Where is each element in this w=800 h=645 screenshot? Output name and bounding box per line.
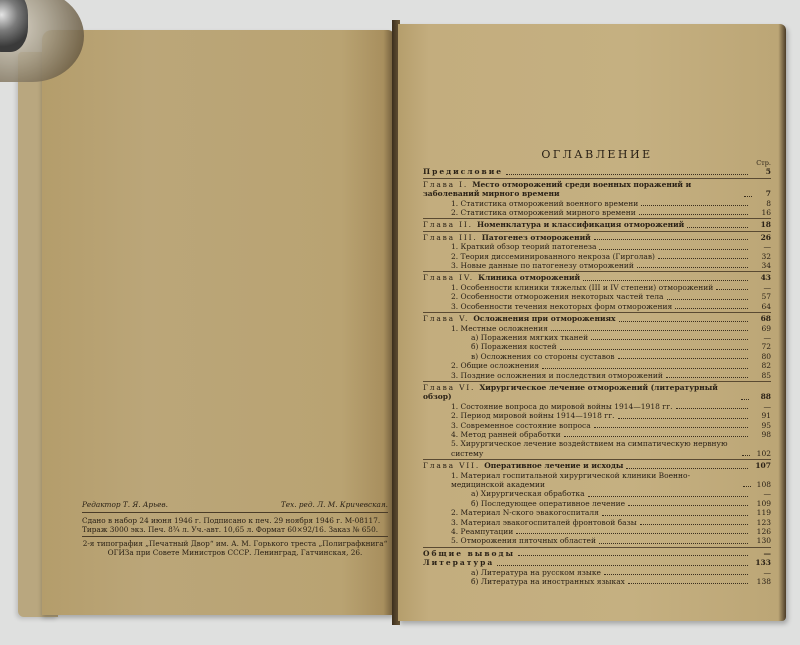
toc-entry-title: 2. Теория диссеминированного некроза (Ги… [451, 252, 655, 261]
toc-entry-label: 2. [451, 292, 461, 301]
toc-entry-page: 80 [751, 352, 771, 361]
leader-dots [741, 399, 749, 400]
toc-entry-page: 69 [751, 324, 771, 333]
editor: Редактор Т. Я. Арьев. [82, 500, 168, 509]
press-details: 2-я типография „Печатный Двор“ им. А. М.… [82, 537, 388, 557]
toc-entry-title: Глава II. Номенклатура и классификация о… [423, 220, 684, 229]
leader-dots [639, 214, 748, 215]
toc-entry: 2. Общие осложнения82 [423, 361, 771, 370]
toc-entry-label: 3. [451, 371, 461, 380]
leader-dots [626, 468, 748, 469]
toc-entry: Глава V. Осложнения при отморожениях68 [423, 312, 771, 323]
toc-entry: б) Последующее оперативное лечение109 [423, 499, 771, 508]
toc-entry-title: 1. Особенности клиники тяжелых (III и IV… [451, 283, 713, 292]
leader-dots [619, 321, 748, 322]
leader-dots [599, 543, 748, 544]
toc-entry-label: 1. [451, 471, 461, 480]
toc-entry-page: 57 [751, 292, 771, 301]
toc-entry-label: 3. [451, 261, 461, 270]
toc-entry-label: б) [471, 342, 481, 351]
toc-entry-page: 119 [751, 508, 771, 517]
toc-entry: в) Осложнения со стороны суставов80 [423, 352, 771, 361]
toc-entry: Общие выводы— [423, 547, 771, 558]
toc-entry-label: а) [471, 333, 481, 342]
toc-title: ОГЛАВЛЕНИЕ [423, 150, 771, 159]
toc-entry-title: Литература [423, 558, 494, 567]
toc-entry-page: 18 [751, 220, 771, 229]
toc-entry-page: 85 [751, 371, 771, 380]
toc-entry: 5. Отморожения пяточных областей130 [423, 536, 771, 545]
toc-entry-label: 2. [451, 208, 461, 217]
toc-entry-page: 32 [751, 252, 771, 261]
leader-dots [594, 427, 748, 428]
toc-entry-title: 3. Материал эвакогоспиталей фронтовой ба… [451, 518, 637, 527]
toc-entry-page: 107 [751, 461, 771, 470]
leader-dots [588, 496, 748, 497]
toc-entry: 5. Хирургическое лечение воздействием на… [423, 439, 771, 458]
toc-entry-page: 68 [751, 314, 771, 323]
toc-entry-title: Предисловие [423, 167, 503, 176]
toc-entry: 3. Современное состояние вопроса95 [423, 421, 771, 430]
toc-entry-page: 123 [751, 518, 771, 527]
toc-entry-title: 1. Состояние вопроса до мировой войны 19… [451, 402, 673, 411]
toc-entry-label: Глава VII. [423, 461, 484, 470]
toc-entry-label: Глава I. [423, 180, 472, 189]
toc-entry-title: а) Хирургическая обработка [471, 489, 585, 498]
leader-dots [518, 555, 748, 556]
print-line-1: Сдано в набор 24 июня 1946 г. Подписано … [82, 516, 388, 525]
print-details: Сдано в набор 24 июня 1946 г. Подписано … [82, 513, 388, 537]
toc-entry-page: 34 [751, 261, 771, 270]
toc-entry-title: б) Поражения костей [471, 342, 557, 351]
toc-entry-title: Глава I. Место отморожений среди военных… [423, 180, 741, 199]
toc-entry-page: 133 [751, 558, 771, 567]
toc-entry-page: — [751, 242, 771, 251]
toc-entry-title: Глава VII. Оперативное лечение и исходы [423, 461, 623, 470]
toc-entry-label: Глава II. [423, 220, 477, 229]
toc-entry-label: Глава VI. [423, 383, 479, 392]
toc-entry-label: 3. [451, 302, 461, 311]
leader-dots [542, 368, 748, 369]
toc-entry: 3. Поздние осложнения и последствия отмо… [423, 371, 771, 380]
toc-entry: 4. Реампутации126 [423, 527, 771, 536]
toc-entry-label: в) [471, 352, 481, 361]
toc-entry-label: б) [471, 499, 481, 508]
leader-dots [497, 565, 748, 566]
toc-entry-title: 2. Особенности отморожения некоторых час… [451, 292, 664, 301]
leader-dots [604, 574, 748, 575]
toc-entry: а) Поражения мягких тканей— [423, 333, 771, 342]
toc-entry: Предисловие5 [423, 167, 771, 176]
toc-entry-title: 4. Реампутации [451, 527, 513, 536]
leader-dots [658, 258, 748, 259]
toc-entry: 1. Состояние вопроса до мировой войны 19… [423, 402, 771, 411]
toc-entry: 1. Местные осложнения69 [423, 324, 771, 333]
page-column-header: Стр. [423, 160, 771, 167]
press-line-2: ОГИЗа при Совете Министров СССР. Ленингр… [82, 548, 388, 557]
leader-dots [516, 533, 748, 534]
toc-entry-label: б) [471, 577, 481, 586]
toc-entry-label: Глава III. [423, 233, 482, 242]
toc-entry: 1. Особенности клиники тяжелых (III и IV… [423, 283, 771, 292]
toc-entry-title: 2. Общие осложнения [451, 361, 539, 370]
toc-entry-label: 1. [451, 324, 461, 333]
toc-entry-page: 16 [751, 208, 771, 217]
toc-entry-title: 5. Отморожения пяточных областей [451, 536, 596, 545]
toc-entry-page: 88 [752, 392, 771, 401]
toc-entry-label: 4. [451, 430, 461, 439]
toc-entry: Литература133 [423, 558, 771, 567]
toc-entry: Глава I. Место отморожений среди военных… [423, 178, 771, 199]
colophon: Редактор Т. Я. Арьев. Тех. ред. Л. М. Кр… [82, 500, 388, 557]
toc-entry-page: 98 [751, 430, 771, 439]
toc-entry-label: 2. [451, 252, 461, 261]
toc-entry-page: 8 [751, 199, 771, 208]
toc-entry: 4. Метод ранней обработки98 [423, 430, 771, 439]
toc-entry-title: 1. Местные осложнения [451, 324, 548, 333]
leader-dots [564, 436, 748, 437]
toc-entry: б) Поражения костей72 [423, 342, 771, 351]
toc-entry-label: 1. [451, 242, 461, 251]
toc-entry-label: 4. [451, 527, 461, 536]
toc-entry: 2. Материал N-ского эвакогоспиталя119 [423, 508, 771, 517]
toc-entry-title: 5. Хирургическое лечение воздействием на… [451, 439, 739, 458]
leader-dots [641, 205, 748, 206]
toc-entry-title: 3. Особенности течения некоторых форм от… [451, 302, 672, 311]
table-of-contents: ОГЛАВЛЕНИЕ Стр. Предисловие5Глава I. Мес… [423, 150, 771, 586]
leader-dots [742, 455, 750, 456]
toc-entry: Глава III. Патогенез отморожений26 [423, 231, 771, 242]
leader-dots [666, 377, 748, 378]
leader-dots [618, 418, 748, 419]
leader-dots [551, 330, 748, 331]
toc-entry-page: 102 [753, 449, 771, 458]
toc-entry-page: — [751, 549, 771, 558]
toc-entry-title: 3. Современное состояние вопроса [451, 421, 591, 430]
leader-dots [667, 299, 748, 300]
leader-dots [640, 524, 748, 525]
leader-dots [618, 358, 748, 359]
toc-entry: а) Хирургическая обработка— [423, 489, 771, 498]
toc-entry-page: — [751, 333, 771, 342]
leader-dots [716, 289, 748, 290]
toc-entry-title: Общие выводы [423, 549, 515, 558]
toc-entry: 2. Статистика отморожений мирного времен… [423, 208, 771, 217]
toc-entry-page: 72 [751, 342, 771, 351]
toc-entry-page: 108 [754, 480, 771, 489]
toc-entry-title: а) Литература на русском языке [471, 568, 601, 577]
leader-dots [602, 515, 748, 516]
toc-entry: 2. Теория диссеминированного некроза (Ги… [423, 252, 771, 261]
leader-dots [744, 196, 752, 197]
toc-entry-label: 5. [451, 536, 461, 545]
toc-entry-page: 95 [751, 421, 771, 430]
toc-entry-title: Глава IV. Клиника отморожений [423, 273, 580, 282]
leader-dots [506, 174, 748, 175]
toc-entry-label: Глава V. [423, 314, 473, 323]
toc-entry-title: 2. Период мировой войны 1914—1918 гг. [451, 411, 615, 420]
toc-entry-page: — [751, 489, 771, 498]
toc-entry-title: Глава III. Патогенез отморожений [423, 233, 591, 242]
leader-dots [591, 339, 748, 340]
toc-entry-label: 1. [451, 199, 461, 208]
toc-entry-title: 1. Материал госпитальной хирургической к… [451, 471, 740, 490]
toc-entry-title: 2. Статистика отморожений мирного времен… [451, 208, 636, 217]
toc-entry-page: — [751, 402, 771, 411]
toc-entry-page: 109 [751, 499, 771, 508]
toc-entry-page: 7 [755, 189, 771, 198]
toc-entry-label: 3. [451, 518, 461, 527]
leader-dots [676, 408, 748, 409]
toc-entry-title: Глава V. Осложнения при отморожениях [423, 314, 616, 323]
toc-entry: Глава IV. Клиника отморожений43 [423, 271, 771, 282]
leader-dots [594, 239, 748, 240]
toc-entry-page: 64 [751, 302, 771, 311]
flashlight-cap [0, 0, 28, 52]
toc-entry-label: Глава IV. [423, 273, 478, 282]
toc-entry-label: 2. [451, 361, 461, 370]
leader-dots [628, 505, 748, 506]
toc-entry: 1. Статистика отморожений военного време… [423, 199, 771, 208]
toc-entry-label: 3. [451, 421, 461, 430]
toc-entry: Глава VII. Оперативное лечение и исходы1… [423, 459, 771, 470]
toc-entry-title: а) Поражения мягких тканей [471, 333, 588, 342]
toc-entry: 1. Материал госпитальной хирургической к… [423, 471, 771, 490]
toc-entry-title: 2. Материал N-ского эвакогоспиталя [451, 508, 599, 517]
toc-entry-page: 126 [751, 527, 771, 536]
toc-entry-page: 26 [751, 233, 771, 242]
toc-entry-title: в) Осложнения со стороны суставов [471, 352, 615, 361]
toc-entry-title: 3. Поздние осложнения и последствия отмо… [451, 371, 663, 380]
toc-list: Предисловие5Глава I. Место отморожений с… [423, 167, 771, 586]
toc-entry: 2. Особенности отморожения некоторых час… [423, 292, 771, 301]
toc-entry: Глава VI. Хирургическое лечение отмороже… [423, 381, 771, 402]
toc-entry: 3. Новые данные по патогенезу отморожени… [423, 261, 771, 270]
leader-dots [583, 280, 748, 281]
toc-entry-label: 1. [451, 283, 461, 292]
toc-entry-page: — [751, 568, 771, 577]
leader-dots [560, 349, 748, 350]
print-line-2: Тираж 3000 экз. Печ. 8¾ л. Уч.-авт. 10,6… [82, 525, 388, 534]
toc-entry: 2. Период мировой войны 1914—1918 гг.91 [423, 411, 771, 420]
toc-entry-title: 1. Статистика отморожений военного време… [451, 199, 638, 208]
editors-line: Редактор Т. Я. Арьев. Тех. ред. Л. М. Кр… [82, 500, 388, 513]
toc-entry: б) Литература на иностранных языках138 [423, 577, 771, 586]
toc-entry-title: 3. Новые данные по патогенезу отморожени… [451, 261, 634, 270]
toc-entry-label: 1. [451, 402, 461, 411]
toc-entry-page: 138 [751, 577, 771, 586]
toc-entry-title: Глава VI. Хирургическое лечение отмороже… [423, 383, 738, 402]
leader-dots [637, 267, 748, 268]
toc-entry-page: 5 [751, 167, 771, 176]
toc-entry-title: б) Литература на иностранных языках [471, 577, 625, 586]
toc-entry-label: 2. [451, 411, 461, 420]
toc-entry: 1. Краткий обзор теорий патогенеза— [423, 242, 771, 251]
toc-entry-page: 82 [751, 361, 771, 370]
leader-dots [687, 227, 748, 228]
leader-dots [743, 486, 751, 487]
toc-entry-label: а) [471, 489, 481, 498]
toc-entry-title: 4. Метод ранней обработки [451, 430, 561, 439]
toc-entry: Глава II. Номенклатура и классификация о… [423, 218, 771, 229]
toc-entry-title: 1. Краткий обзор теорий патогенеза [451, 242, 596, 251]
leader-dots [628, 583, 748, 584]
leader-dots [675, 308, 748, 309]
toc-entry: 3. Материал эвакогоспиталей фронтовой ба… [423, 518, 771, 527]
toc-entry-title: б) Последующее оперативное лечение [471, 499, 625, 508]
toc-entry: а) Литература на русском языке— [423, 568, 771, 577]
toc-entry-label: а) [471, 568, 481, 577]
toc-entry-page: 130 [751, 536, 771, 545]
toc-entry-page: 43 [751, 273, 771, 282]
tech-editor: Тех. ред. Л. М. Кричевская. [281, 500, 388, 509]
toc-entry-page: 91 [751, 411, 771, 420]
toc-entry-page: — [751, 283, 771, 292]
toc-entry-label: 2. [451, 508, 461, 517]
toc-entry: 3. Особенности течения некоторых форм от… [423, 302, 771, 311]
toc-entry-label: 5. [451, 439, 461, 448]
leader-dots [599, 249, 748, 250]
press-line-1: 2-я типография „Печатный Двор“ им. А. М.… [82, 539, 388, 548]
